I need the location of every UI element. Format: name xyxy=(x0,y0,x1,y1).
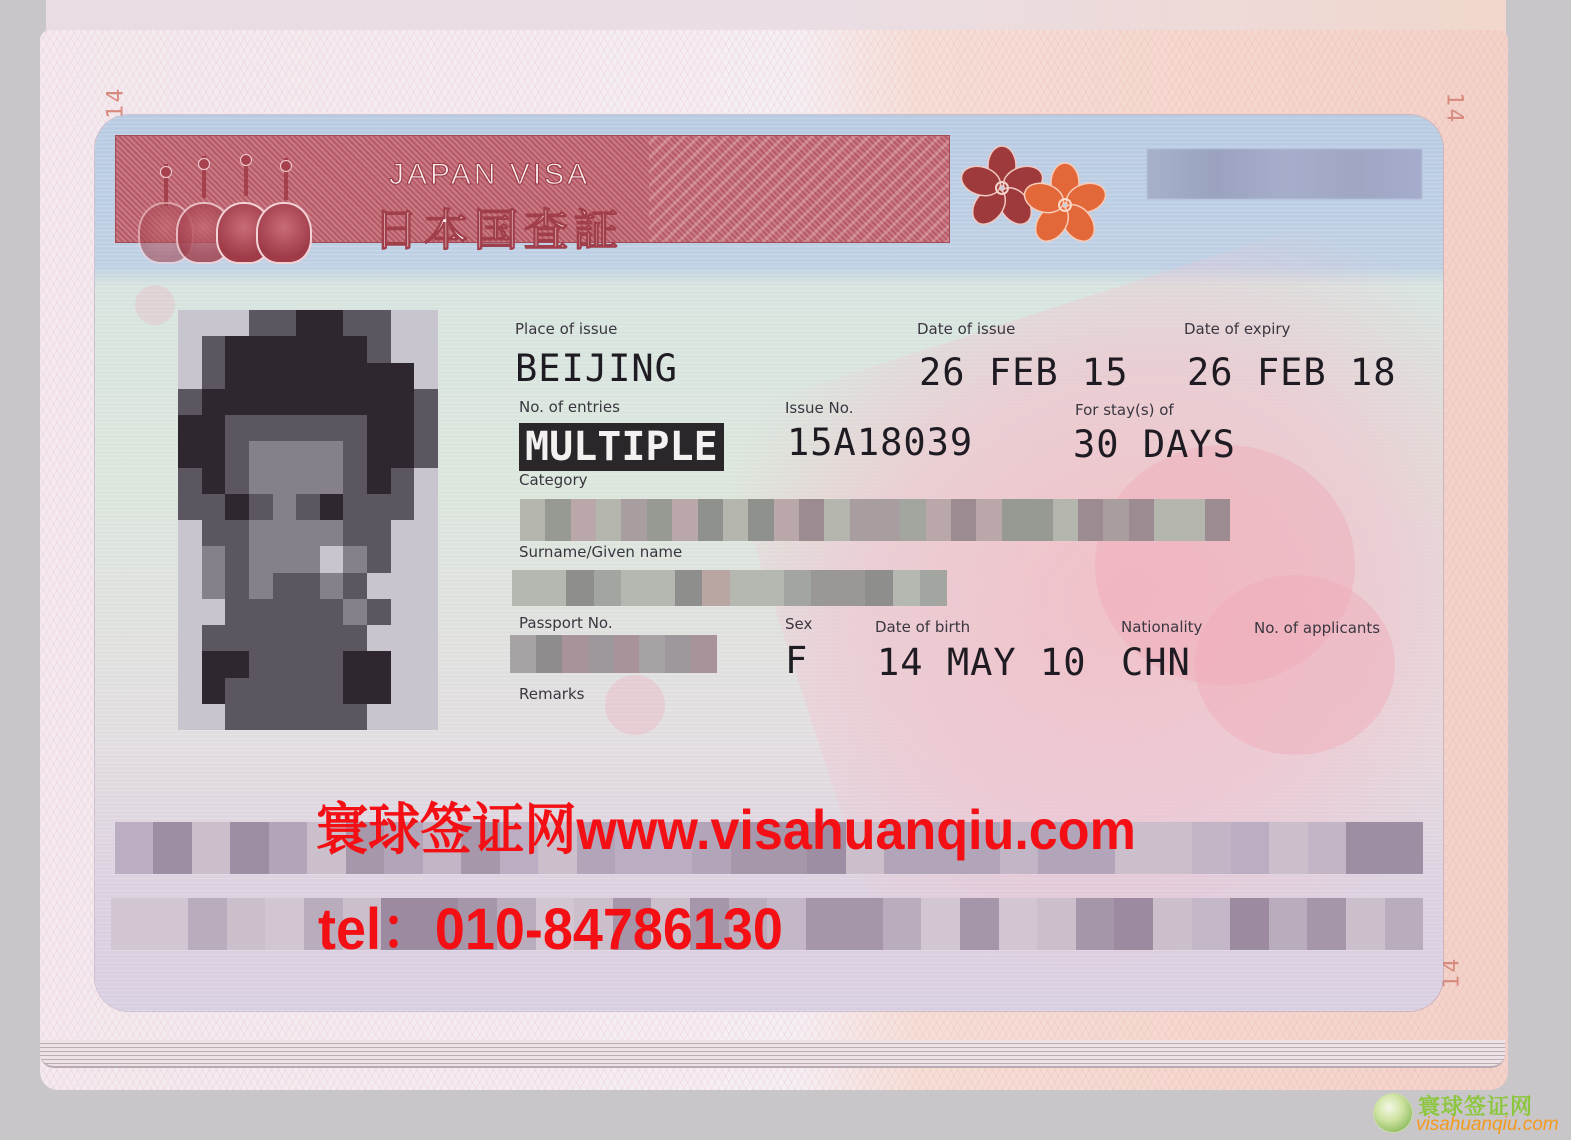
visa-sticker: JAPAN VISA 日本国査証 xyxy=(95,115,1443,1011)
redacted-passport-no xyxy=(510,635,717,673)
applicant-photo-pixelated xyxy=(178,310,438,730)
small-blossom-icon xyxy=(605,675,665,735)
label-no-of-entries: No. of entries xyxy=(519,398,620,416)
value-place-of-issue: BEIJING xyxy=(515,347,678,390)
value-issue-no: 15A18039 xyxy=(787,421,973,464)
page-number-top-left: 14 xyxy=(104,87,129,119)
label-date-of-birth: Date of birth xyxy=(875,618,970,636)
ghost-blossom-icon xyxy=(1195,575,1395,755)
watermark-phone: tel：010-84786130 xyxy=(318,882,783,966)
label-passport-no: Passport No. xyxy=(519,614,613,632)
label-place-of-issue: Place of issue xyxy=(515,320,617,338)
logo-url: visahuanqiu.com xyxy=(1416,1114,1559,1136)
corner-logo: 寰球签证网 visahuanqiu.com xyxy=(1374,1090,1564,1136)
label-sex: Sex xyxy=(785,615,812,633)
label-category: Category xyxy=(519,471,588,489)
visa-header-band: JAPAN VISA 日本国査証 xyxy=(115,135,950,243)
value-sex: F xyxy=(785,639,808,682)
value-no-of-entries: MULTIPLE xyxy=(519,423,724,471)
redacted-name xyxy=(512,570,947,606)
value-date-of-expiry: 26 FEB 18 xyxy=(1187,351,1396,394)
label-issue-no: Issue No. xyxy=(785,399,853,417)
paulownia-crest-icon xyxy=(138,154,328,264)
label-surname-given-name: Surname/Given name xyxy=(519,543,682,561)
visa-title-english: JAPAN VISA xyxy=(389,158,590,192)
small-blossom-icon xyxy=(135,285,175,325)
globe-arrow-icon xyxy=(1374,1094,1412,1132)
label-date-of-expiry: Date of expiry xyxy=(1184,320,1290,338)
redacted-visa-number xyxy=(1147,149,1422,199)
page-number-bottom-right: 14 xyxy=(1440,957,1465,989)
label-date-of-issue: Date of issue xyxy=(917,320,1015,338)
passport-page-stack-edges xyxy=(40,1040,1505,1068)
visa-title-japanese: 日本国査証 xyxy=(374,194,624,258)
watermark-website: 寰球签证网www.visahuanqiu.com xyxy=(316,786,1136,866)
label-nationality: Nationality xyxy=(1121,618,1202,636)
sakura-blossom-icon xyxy=(957,143,1117,253)
redacted-category xyxy=(520,499,1230,541)
value-nationality: CHN xyxy=(1121,641,1191,684)
label-for-stays-of: For stay(s) of xyxy=(1075,401,1174,419)
value-date-of-issue: 26 FEB 15 xyxy=(919,351,1128,394)
page-number-top-right: 14 xyxy=(1442,93,1467,125)
value-date-of-birth: 14 MAY 10 xyxy=(877,641,1086,684)
value-for-stays-of: 30 DAYS xyxy=(1073,423,1236,466)
label-remarks: Remarks xyxy=(519,685,584,703)
label-no-of-applicants: No. of applicants xyxy=(1254,619,1380,637)
